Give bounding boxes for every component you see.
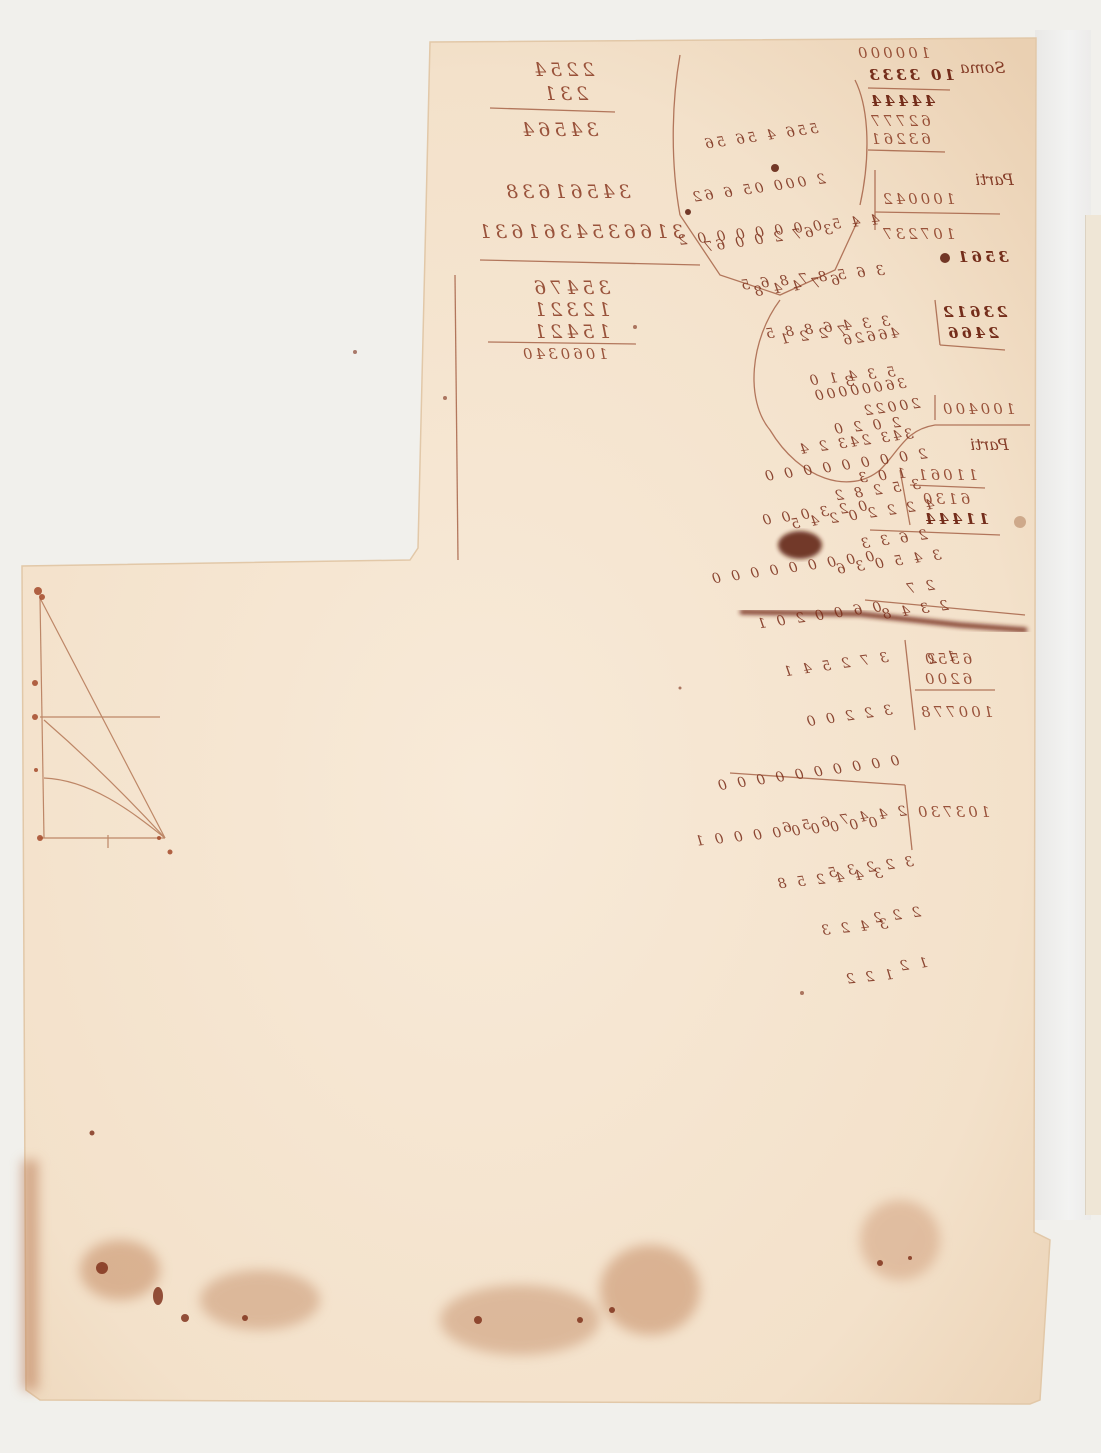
galley-row: 20022 xyxy=(754,396,922,436)
manuscript-sheet: 2254 231 34564 34561638 3166354361631 35… xyxy=(0,0,1101,1453)
sum-operand-1: 35476 xyxy=(530,276,610,300)
addition-result: 34564 xyxy=(518,118,598,142)
sum-operand-2: 12321 xyxy=(530,298,610,322)
galley-row: 0 0 0 0 0 0 0 0 0 1 xyxy=(692,815,879,851)
sum-operand-3: 15421 xyxy=(530,320,610,344)
multiplication-line-1: 34561638 xyxy=(502,180,631,204)
block-b-quotient: 107237 xyxy=(880,225,955,243)
galley-row: 3 2 2 0 0 xyxy=(707,702,894,745)
galley-row: 3 4 2 3 xyxy=(702,916,889,952)
block-a-label: Soma xyxy=(960,58,1005,77)
block-c-line-2: 2466 xyxy=(945,324,999,342)
addition-operand-1: 2254 xyxy=(530,58,594,82)
galley-row: 3 6 5 8 7 8 6 5 xyxy=(680,263,886,301)
sum-result: 1060340 xyxy=(520,345,608,363)
block-d-line: 100400 xyxy=(940,400,1015,418)
block-b-remainder: 3561 xyxy=(955,248,1009,266)
galley-row: 556 4 56 56 xyxy=(682,121,820,157)
block-c-line-1: 23612 xyxy=(940,303,1007,321)
galley-row: 0 2 3 0 0 0 xyxy=(701,498,869,538)
block-f-divisor: 100778 xyxy=(918,703,993,721)
galley-row: 1 2 2 xyxy=(708,967,895,1003)
galley-division-7: 0 0 0 0 0 0 0 0 0 1 3 4 4 2 5 8 3 4 2 3 … xyxy=(688,781,898,1037)
block-d-label: Parti xyxy=(970,435,1009,454)
block-a-line-5: 63261 xyxy=(868,130,931,148)
paper-shape xyxy=(0,0,1101,1453)
block-g-divisor: 103730 xyxy=(915,803,990,821)
galley-row: 46626 xyxy=(782,325,901,358)
block-a-line-4: 62777 xyxy=(868,112,931,130)
galley-row: 0 6 0 0 2 0 1 xyxy=(715,599,883,639)
galley-row: 3 4 4 2 5 8 xyxy=(697,865,884,901)
galley-row: 0 0 0 0 0 0 0 0 0 xyxy=(708,549,876,589)
galley-row: 4 4 5 0 0 0 0 0 0 0 2 xyxy=(674,212,880,250)
block-a-line-1: 100000 xyxy=(855,44,930,62)
multiplication-line-2: 3166354361631 xyxy=(475,220,684,244)
block-a-line-2: 10 3333 xyxy=(866,66,955,84)
block-b-label: Parti xyxy=(975,170,1014,189)
block-b-divisor: 100042 xyxy=(880,190,955,208)
block-a-line-3: 44444 xyxy=(868,92,935,110)
addition-operand-2: 231 xyxy=(540,82,588,106)
